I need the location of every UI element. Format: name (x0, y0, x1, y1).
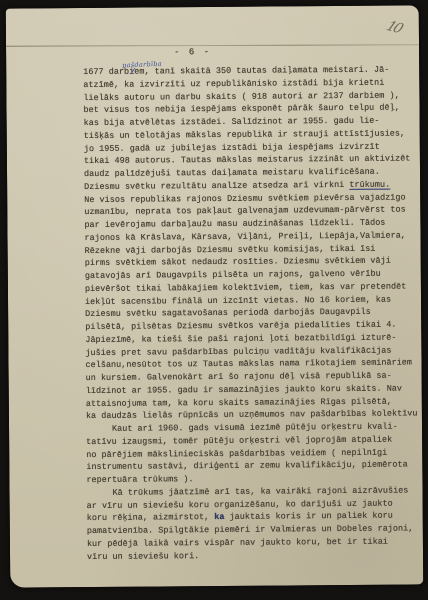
body-text: 1677 darbiem, tanī skaitā 350 tautas dai… (83, 63, 423, 563)
text-line: vīru un sieviešu kori. (87, 548, 423, 563)
text-line: kur pēdējā laikā vairs vispār nav jaukto… (87, 535, 423, 550)
text-segment: jušies pret savu pašdarbības pulciņu vad… (85, 345, 391, 357)
text-segment: jauktais koris ir un paliek koru (224, 511, 392, 522)
text-segment: un kursiem. Galvenokārt arī šo rajonu dē… (86, 371, 392, 383)
text-segment: Jāpiezīmē, ka tieši šie paši rajoni ļoti… (85, 332, 396, 344)
text-segment: iekļūt sacensību finālā un izcīnīt vieta… (85, 294, 391, 306)
text-segment: pamatvienība. Spilgtākie piemēri ir Valm… (87, 523, 414, 536)
text-segment: ka daudzās lielās rūpnīcās un uzņēmumos … (86, 409, 418, 422)
crease-line (6, 44, 419, 46)
text-segment: Kā trūkums jāatzīmē arī tas, ka vairāki … (112, 485, 408, 497)
text-segment: ar vīru un sieviešu koru organizēšanu, k… (87, 498, 393, 510)
text-segment: attaisnojuma tam, ka koru skaits samazin… (86, 396, 392, 408)
text-segment: Kaut arī 1960. gads visumā iezīmē pūtēju… (112, 422, 398, 434)
text-segment: tikai 498 autorus. Tautas mākslas meista… (84, 154, 411, 167)
page-number: - 6 - (174, 47, 211, 57)
text-segment: uzmanību, neprata tos pakļaut galvenajam… (84, 205, 405, 218)
text-segment: bet visus tos nebija iespējams eksponēt … (83, 103, 399, 115)
text-segment: pirms svētkiem sākot nedaudz rosīties. D… (85, 256, 391, 268)
text-segment: trūkumu. (349, 179, 390, 189)
text-segment: lielāks autoru un darbu skaits ( 918 aut… (83, 90, 399, 102)
text-segment: daudz palīdzējuši tautas daiļamata meist… (84, 167, 380, 179)
text-segment: Ne visos republikas rajonos Dziesmu svēt… (84, 192, 405, 205)
text-segment: no pārējiem mākslinieciskās pašdarbības … (86, 447, 387, 459)
handwritten-corner-mark: 10 (384, 19, 404, 37)
text-segment: vīru un sieviešu kori. (87, 551, 199, 562)
text-segment: tatīvu izaugsmi, tomēr pūtēju orķestri v… (86, 434, 392, 446)
text-segment: ka (214, 512, 224, 522)
handwritten-insertion: pašdarbība (122, 59, 162, 69)
text-segment: Dziesmu svētku sagatavošanas periodā dar… (85, 307, 371, 319)
text-segment: līdzinot ar 1955. gadu ir samazinājies j… (86, 383, 402, 395)
text-segment: celšanu,nesūtot tos uz Tautas mākslas na… (85, 358, 412, 371)
document-page: 10 - 6 - 1677 darbiem, tanī skaitā 350 t… (6, 5, 424, 587)
text-segment: jo 1955. gadā uz jubilejas izstādi bija … (84, 141, 380, 153)
text-segment: pilsētā, pilsētas Dziesmu svētkos varēja… (85, 320, 396, 332)
text-segment: par ievērojamu darbaļaužu masu audzināša… (84, 218, 385, 230)
text-segment: kur pēdējā laikā vairs vispār nav jaukto… (87, 536, 388, 548)
text-segment: repertuāra trūkums ). (86, 474, 193, 485)
text-segment: Dziesmu svētku rezultātu analīze atsedza… (84, 180, 349, 192)
text-segment: gatavojās arī Daugavpils pilsēta un rajo… (85, 269, 381, 281)
text-segment: pievēršot tikai labākajiem kolektīviem, … (85, 281, 406, 294)
text-segment: atzīmē, ka izvirzīti uz republikānisko i… (83, 77, 384, 89)
text-segment: rajonos kā Krāslava, Kārsava, Viļāni, Pr… (84, 230, 405, 243)
text-segment: Rēzekne vāji darbojās Dziesmu svētku kom… (85, 243, 376, 255)
text-line: instrumentu sastāvi, diriģenti ar zemu k… (86, 459, 422, 474)
text-segment: instrumentu sastāvi, diriģenti ar zemu k… (86, 460, 407, 473)
text-segment: tišķās un tēlotājas mākslas republikā ir… (84, 128, 405, 141)
text-segment: koru rēķina, aizmirstot, (87, 512, 215, 523)
text-segment: kas bija atvēlētas izstādei. Salīdzinot … (84, 116, 380, 128)
